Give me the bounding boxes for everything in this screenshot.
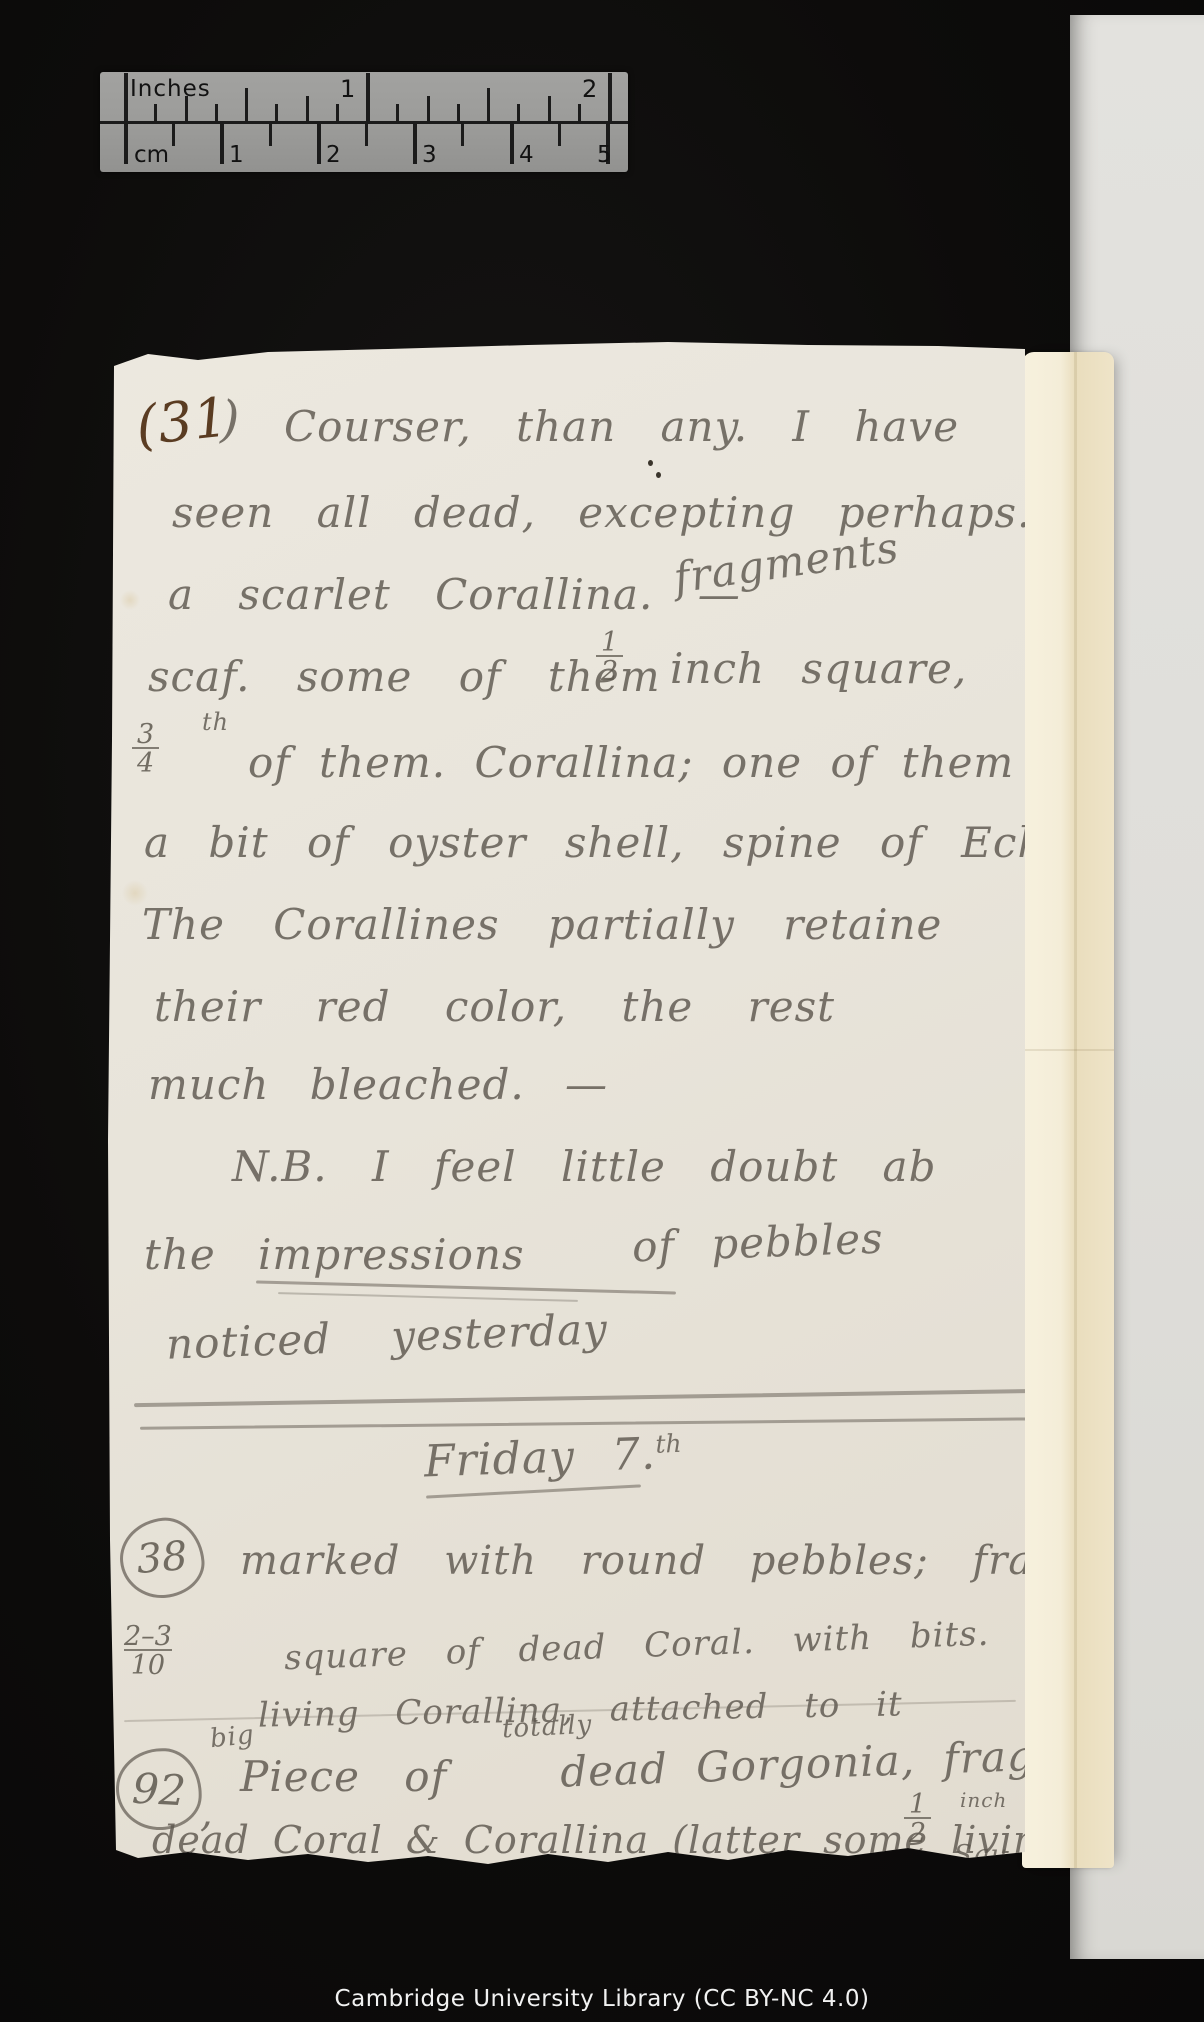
ink-speck [648,460,653,466]
entry-92-line-2: dead Coral & Corallina (latter some livi… [152,1818,1080,1862]
ruler-tick [275,104,278,121]
fraction-numerator: 2–3 [124,1624,172,1649]
ruler-tick [172,124,175,146]
entry-38-line-2: square of dead Coral. with bits. [284,1614,991,1679]
fraction-denominator: 2 [904,1817,931,1848]
date-heading-superscript: th [655,1429,682,1459]
manuscript-line-8: their red color, the rest [154,982,835,1031]
date-heading-text: Friday 7. [423,1428,656,1487]
ruler-tick [124,124,128,164]
fraction-denominator: 4 [132,747,159,778]
ruler-tick [578,104,581,121]
manuscript-line-3: a scarlet Corallina. — [168,570,741,619]
ruler-tick [366,73,370,121]
pencil-rule-lower [140,1417,1040,1429]
ruler-cm-mark-3: 3 [422,142,437,168]
measurement-ruler: Inches 1 2 cm 1 2 3 4 5 [100,72,628,172]
manuscript-line-4: scaf. some of them [148,652,661,701]
manuscript-line-11-underlined-word: impressions [258,1230,525,1279]
manuscript-line-9: much bleached. — [148,1060,608,1109]
ruler-cm-mark-1: 1 [229,142,244,168]
fraction-numerator: 1 [596,630,623,655]
ruler-inches-label: Inches [130,76,211,102]
ruler-tick [461,124,464,146]
entry-92-insertion: totally [501,1710,593,1745]
ruler-tick [457,104,460,121]
manuscript-line-11-end: of pebbles [631,1214,884,1272]
ruler-cm-mark-5: 5 [597,142,612,168]
entry-number-31: (31 [133,385,232,457]
pencil-rule-upper [134,1389,1042,1407]
manuscript-line-2: seen all dead, excepting perhaps. [172,488,1031,537]
entry-number-38: 38 [135,1533,190,1583]
impressions-underline-2 [278,1292,578,1302]
entry-92-unit-bottom: Squ [954,1840,1008,1870]
entry-number-31-paren: ) [220,390,241,448]
ruler-tick [306,96,309,121]
foxing-spot [120,590,140,610]
entry-38-line-1: marked with round pebbles; frag [240,1538,1060,1584]
entry-92-unit-top: inch [960,1788,1007,1812]
entry-number-92: 92 [131,1763,187,1815]
ruler-cm-label: cm [134,142,169,168]
entry-circle-38: 38 [117,1514,208,1601]
ruler-tick [558,124,561,146]
ruler-tick [245,88,248,121]
manuscript-line-12: noticed yesterday [165,1304,608,1368]
photo-backdrop: Inches 1 2 cm 1 2 3 4 5 (31 ) Courser, t… [0,0,1204,2022]
ruler-tick [317,124,321,164]
fraction-2-3-tenths: 2–3 10 [124,1624,172,1680]
ink-speck [656,472,661,478]
ruler-tick [396,104,399,121]
attribution-caption: Cambridge University Library (CC BY-NC 4… [0,1986,1204,2012]
book-page-edge [1022,352,1114,1868]
entry-92-line-1-start: Piece of [240,1752,447,1801]
fraction-denominator: 10 [124,1649,172,1680]
ruler-tick [427,96,430,121]
manuscript-line-5: of them. Corallina; one of them [248,738,1014,787]
fraction-superscript: th [202,708,229,736]
ruler-tick [269,124,272,146]
ruler-cm-mark-2: 2 [326,142,341,168]
fraction-three-quarters: 3 4 [132,722,159,778]
ruler-tick [220,124,224,164]
manuscript-line-7: The Corallines partially retaine [142,900,942,949]
manuscript-page: (31 ) Courser, than any. I have seen all… [108,340,1025,1868]
fraction-one-half-2: 1 2 [904,1792,931,1848]
fraction-denominator: 2 [596,655,623,686]
fraction-numerator: 3 [132,722,159,747]
fraction-one-half: 1 2 [596,630,623,686]
ruler-cm-mark-4: 4 [519,142,534,168]
manuscript-line-11: the [144,1230,216,1279]
manuscript-line-10: N.B. I feel little doubt ab [232,1142,936,1191]
entry-92-superscript: big [209,1720,257,1754]
ruler-inch-mark-2: 2 [582,75,597,103]
ruler-tick [215,104,218,121]
fraction-numerator: 1 [904,1792,931,1817]
ruler-tick [510,124,514,164]
ruler-tick [413,124,417,164]
date-heading: Friday 7.th [423,1428,683,1488]
manuscript-line-6: a bit of oyster shell, spine of Echin [144,818,1088,867]
ruler-tick [487,88,490,121]
manuscript-line-4-end: inch square, [670,644,967,693]
ruler-divider-line [100,121,628,124]
ruler-tick [548,96,551,121]
ruler-tick [608,73,612,121]
ruler-inch-mark-1: 1 [340,75,355,103]
ruler-tick [124,73,128,121]
ruler-tick [336,104,339,121]
friday-underline [426,1484,641,1498]
manuscript-line-1: Courser, than any. I have [284,402,959,451]
ruler-tick [517,104,520,121]
ruler-tick [154,104,157,121]
ruler-tick [365,124,368,146]
